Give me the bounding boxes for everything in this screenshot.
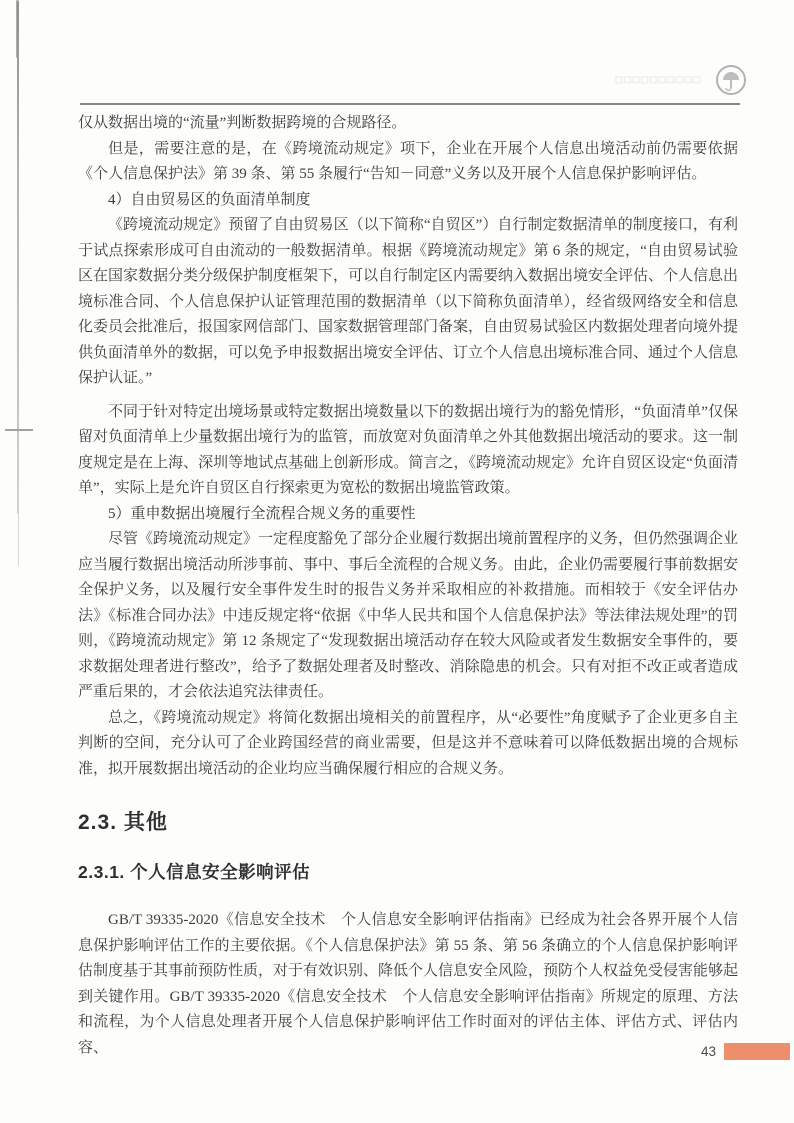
page-body: 仅从数据出境的“流量”判断数据跨境的合规路径。 但是，需要注意的是，在《跨境流动… [78,111,738,1061]
paragraph: 不同于针对特定出境场景或特定数据出境数量以下的数据出境行为的豁免情形，“负面清单… [78,400,738,502]
scan-edge-line [17,2,19,514]
header-watermark-illegible: □□□□□□□□□□ [616,74,702,86]
paragraph: GB/T 39335-2020《信息安全技术 个人信息安全影响评估指南》已经成为… [78,908,738,1061]
paragraph: 总之，《跨境流动规定》将简化数据出境相关的前置程序，从“必要性”角度赋予了企业更… [78,706,738,783]
page-number: 43 [701,1044,716,1059]
paragraph: 尽管《跨境流动规定》一定程度豁免了部分企业履行数据出境前置程序的义务，但仍然强调… [78,527,738,706]
footer-accent-bar [724,1043,790,1060]
section-heading-2-3: 2.3. 其他 [78,808,738,838]
paragraph-continuation: 仅从数据出境的“流量”判断数据跨境的合规路径。 [78,111,738,137]
publisher-logo-icon [715,64,747,96]
paragraph: 但是，需要注意的是，在《跨境流动规定》项下，企业在开展个人信息出境活动前仍需要依… [78,137,738,188]
list-heading-4: 4）自由贸易区的负面清单制度 [78,188,738,214]
book-page: □□□□□□□□□□ 仅从数据出境的“流量”判断数据跨境的合规路径。 但是，需要… [0,0,794,1123]
page-footer: 43 [701,1043,790,1060]
scan-edge-line-lower [18,514,19,566]
list-heading-5: 5）重申数据出境履行全流程合规义务的重要性 [78,502,738,528]
paragraph: 《跨境流动规定》预留了自由贸易区（以下简称“自贸区”）自行制定数据清单的制度接口… [78,213,738,392]
header-divider [80,103,740,105]
subsection-heading-2-3-1: 2.3.1. 个人信息安全影响评估 [78,860,738,884]
scan-edge-tick [5,429,33,431]
